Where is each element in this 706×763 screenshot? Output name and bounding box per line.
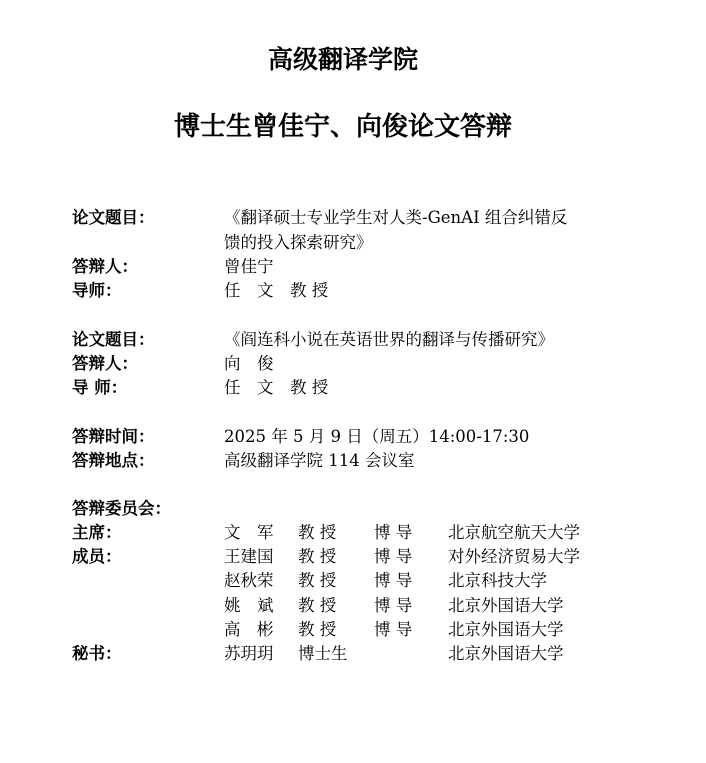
member-name: 王建国 [224, 545, 274, 569]
thesis-label: 论文题目： [72, 328, 155, 352]
committee-row: 成员： 王建国 教 授 博 导 对外经济贸易大学 [72, 545, 632, 569]
member-affiliation: 北京外国语大学 [448, 642, 564, 666]
committee-row: 高 彬 教 授 博 导 北京外国语大学 [72, 618, 632, 642]
committee-row: 主席： 文 军 教 授 博 导 北京航空航天大学 [72, 521, 632, 545]
advisor-name: 任 文 教 授 [224, 279, 328, 303]
member-name: 苏玥玥 [224, 642, 274, 666]
member-title: 教 授 [298, 594, 336, 618]
member-name: 文 军 [224, 521, 274, 545]
committee-row: 秘书： 苏玥玥 博士生 北京外国语大学 [72, 642, 632, 666]
member-title: 教 授 [298, 521, 336, 545]
member-role: 博 导 [374, 545, 412, 569]
chair-label: 主席： [72, 521, 122, 545]
members-label: 成员： [72, 545, 122, 569]
member-affiliation: 北京航空航天大学 [448, 521, 580, 545]
place-value: 高级翻译学院 114 会议室 [224, 449, 414, 473]
candidate-name: 向 俊 [224, 352, 274, 376]
member-name: 高 彬 [224, 618, 274, 642]
thesis-title: 《阎连科小说在英语世界的翻译与传播研究》 [224, 328, 554, 352]
place-label: 答辩地点： [72, 449, 155, 473]
candidate-name: 曾佳宁 [224, 255, 274, 279]
member-role: 博 导 [374, 618, 412, 642]
member-name: 赵秋荣 [224, 569, 274, 593]
time-value: 2025 年 5 月 9 日（周五）14:00-17:30 [224, 425, 529, 449]
time-label: 答辩时间： [72, 425, 155, 449]
committee-row: 姚 斌 教 授 博 导 北京外国语大学 [72, 594, 632, 618]
committee-heading: 答辩委员会： [72, 497, 171, 521]
thesis-title: 《翻译硕士专业学生对人类-GenAI 组合纠错反 [224, 206, 567, 230]
advisor-label: 导 师： [72, 376, 127, 400]
candidate-label: 答辩人： [72, 352, 138, 376]
thesis-title-cont: 馈的投入探索研究》 [224, 231, 373, 255]
member-name: 姚 斌 [224, 594, 274, 618]
thesis-label: 论文题目： [72, 206, 155, 230]
secretary-label: 秘书： [72, 642, 122, 666]
member-affiliation: 北京外国语大学 [448, 594, 564, 618]
advisor-name: 任 文 教 授 [224, 376, 328, 400]
committee-row: 赵秋荣 教 授 博 导 北京科技大学 [72, 569, 632, 593]
member-title: 教 授 [298, 569, 336, 593]
advisor-label: 导师： [72, 279, 122, 303]
member-title: 教 授 [298, 545, 336, 569]
member-affiliation: 对外经济贸易大学 [448, 545, 580, 569]
member-affiliation: 北京科技大学 [448, 569, 547, 593]
member-title: 教 授 [298, 618, 336, 642]
candidate-label: 答辩人： [72, 255, 138, 279]
member-role: 博 导 [374, 521, 412, 545]
member-role: 博 导 [374, 569, 412, 593]
institution-title: 高级翻译学院 [0, 40, 686, 76]
member-title: 博士生 [298, 642, 348, 666]
member-affiliation: 北京外国语大学 [448, 618, 564, 642]
member-role: 博 导 [374, 594, 412, 618]
event-title: 博士生曾佳宁、向俊论文答辩 [0, 106, 686, 143]
